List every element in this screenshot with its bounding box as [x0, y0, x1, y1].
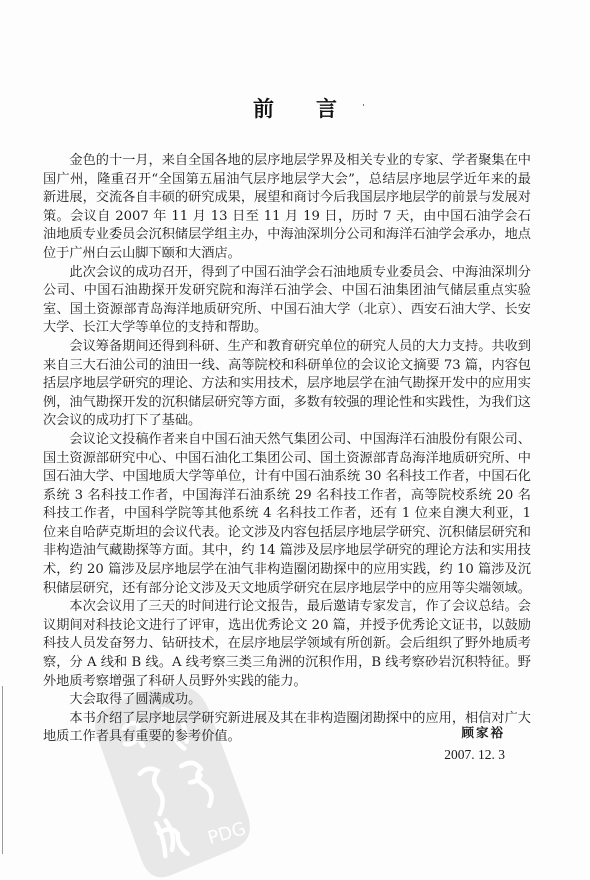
paragraph-4: 会议论文投稿作者来自中国石油天然气集团公司、中国海洋石油股份有限公司、国土资源部…: [43, 431, 531, 598]
watermark-label: PDG: [205, 818, 248, 849]
paragraph-5: 本次会议用了三天的时间进行论文报告，最后邀请专家发言，作了会议总结。会议期间对科…: [43, 598, 531, 691]
title-char-2: 言: [316, 93, 337, 123]
signature-date: 2007. 12. 3: [444, 746, 505, 764]
paragraph-3: 会议筹备期间还得到科研、生产和教育研究单位的研究人员的大力支持。共收到来自三大石…: [43, 338, 531, 431]
scan-speck: [363, 104, 364, 106]
signature-block: 顾家裕 2007. 12. 3: [444, 724, 505, 764]
author-name: 顾家裕: [444, 724, 505, 742]
document-page: PDG 前言 金色的十一月，来自全国各地的层序地层学界及相关专业的专家、学者聚集…: [0, 0, 590, 880]
paragraph-2: 此次会议的成功召开，得到了中国石油学会石油地质专业委员会、中海油深圳分公司、中国…: [43, 264, 531, 338]
scan-edge-line: [2, 686, 3, 854]
page-title: 前言: [0, 93, 590, 123]
preface-body: 金色的十一月，来自全国各地的层序地层学界及相关专业的专家、学者聚集在中国广州，隆…: [43, 152, 531, 747]
paragraph-1: 金色的十一月，来自全国各地的层序地层学界及相关专业的专家、学者聚集在中国广州，隆…: [43, 152, 531, 264]
scan-speck: [360, 722, 361, 724]
paragraph-6: 大会取得了圆满成功。: [43, 691, 531, 710]
title-char-1: 前: [253, 93, 274, 123]
